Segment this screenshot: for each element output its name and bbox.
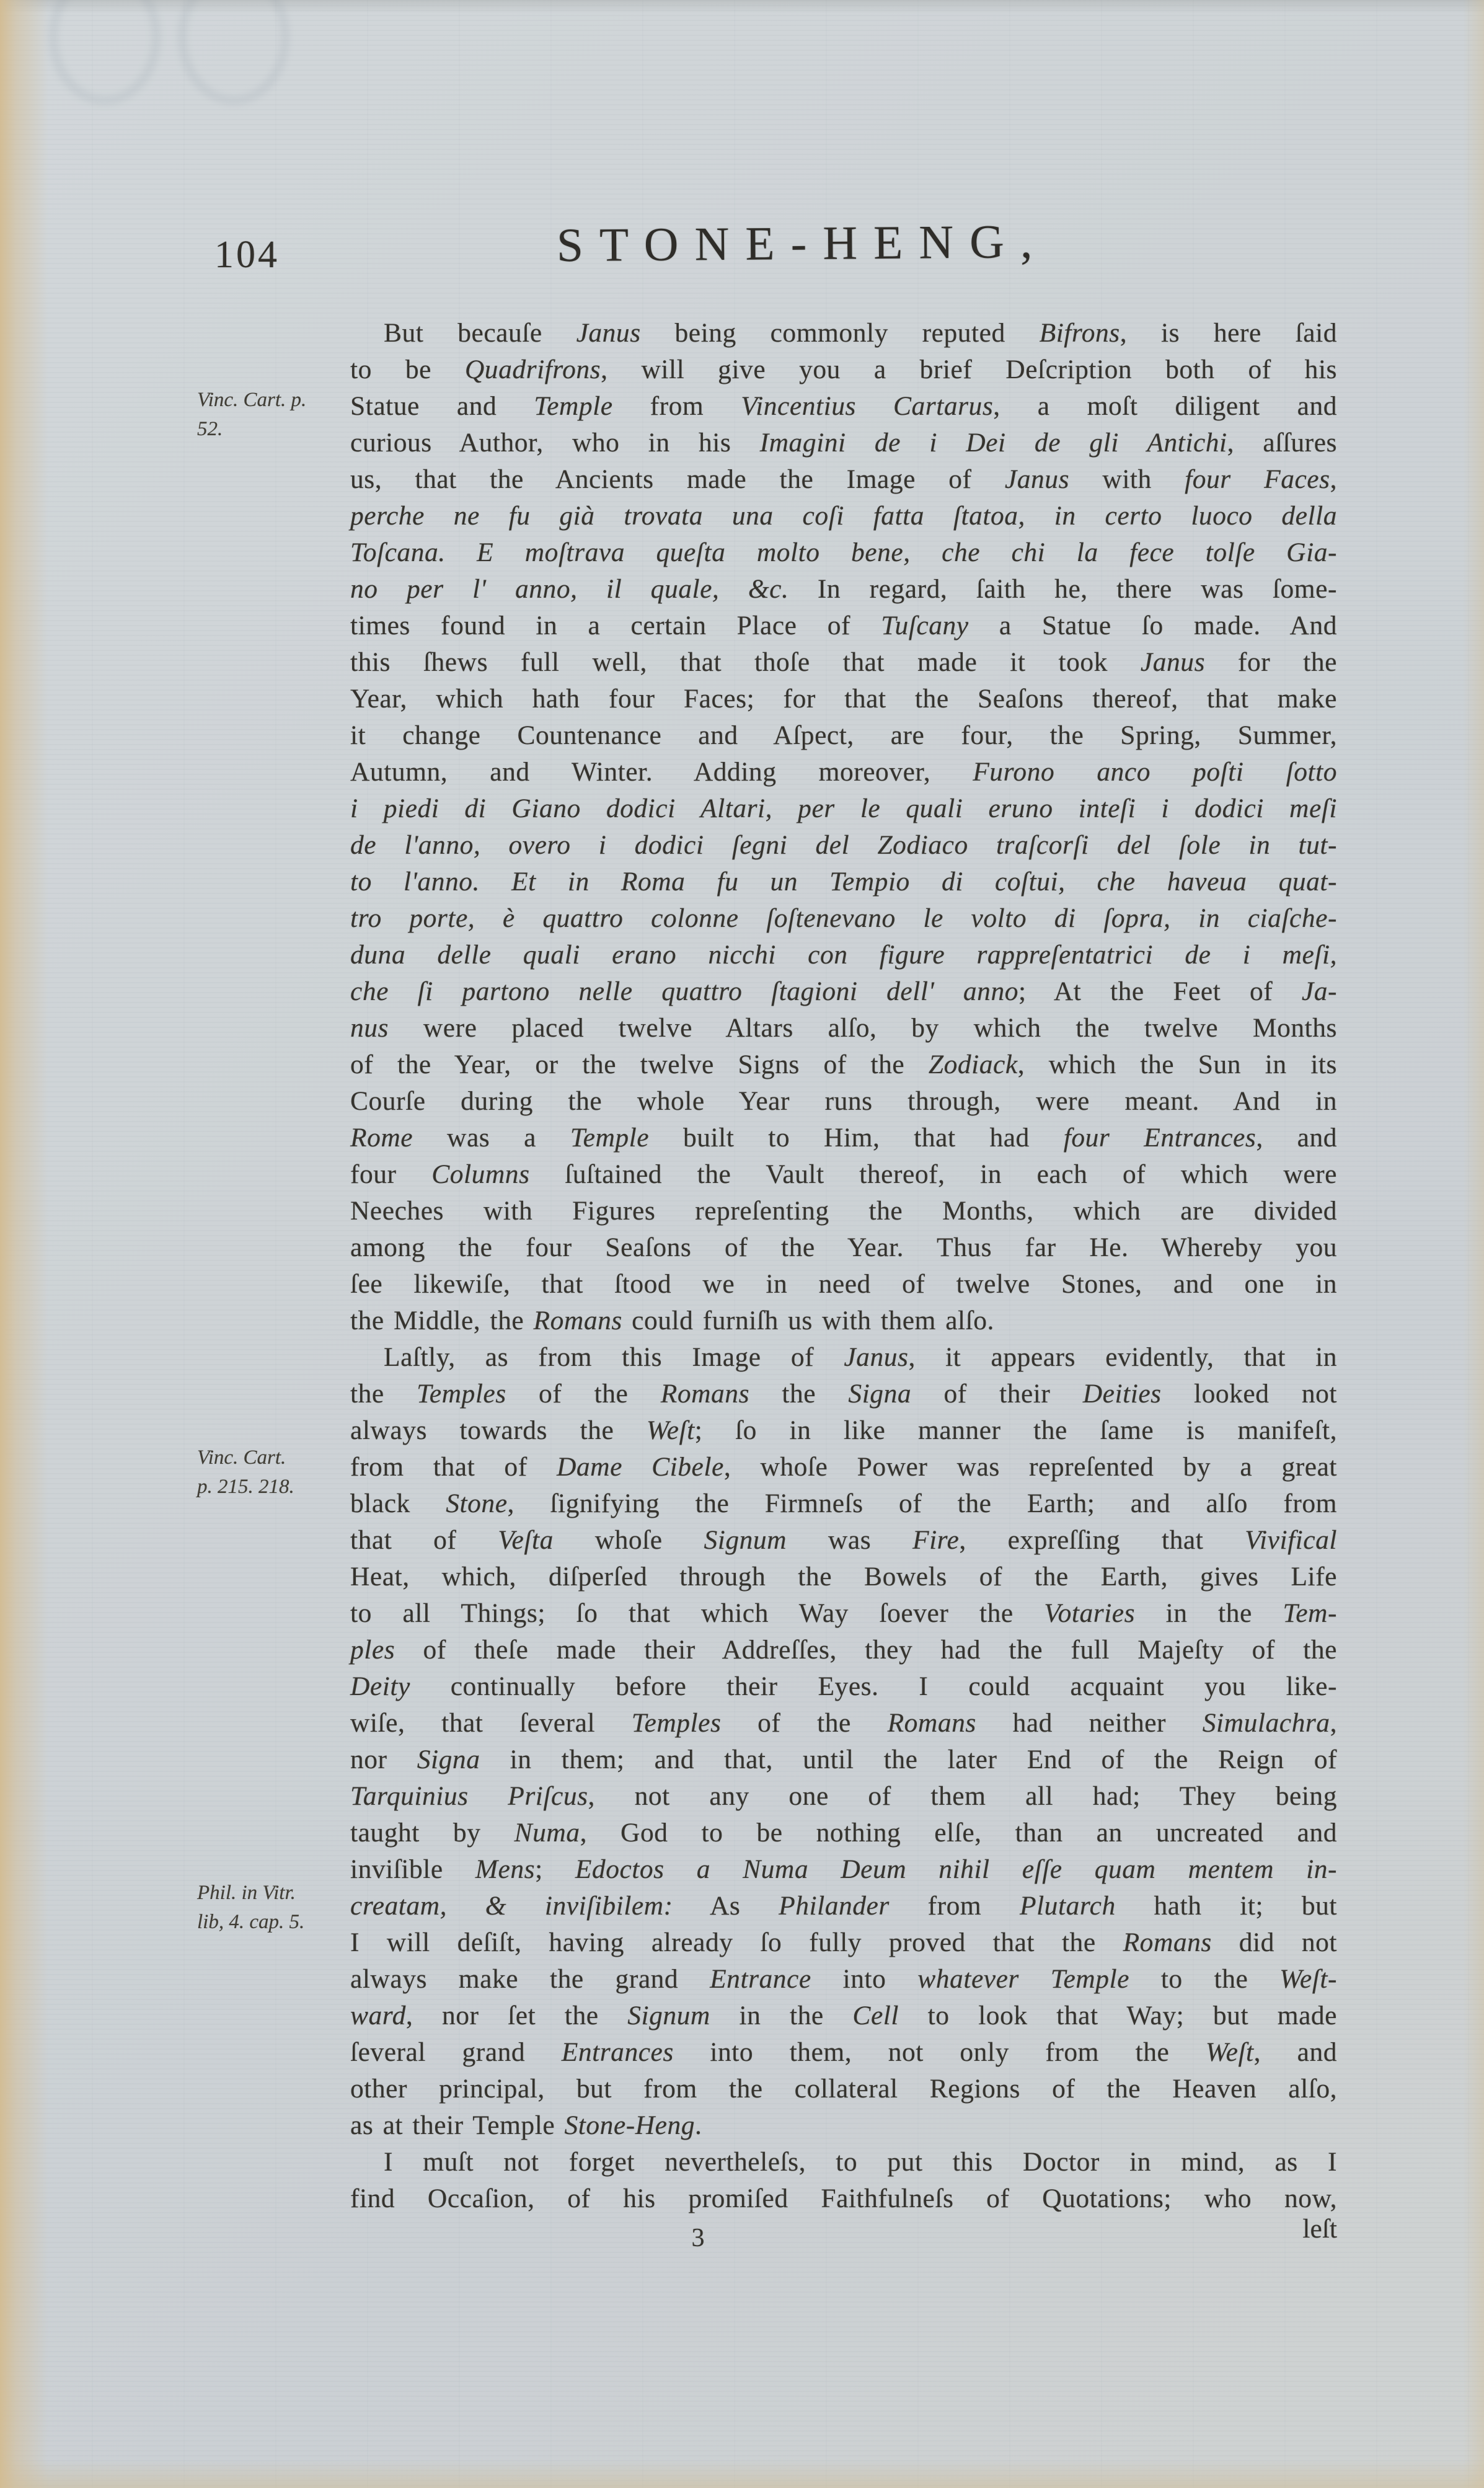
italic-text: Dame Cibele	[557, 1452, 724, 1482]
roman-text: Neeches with Figures repreſenting the Mo…	[350, 1196, 1337, 1226]
roman-text: in the	[710, 2001, 853, 2030]
roman-text: , is here ſaid	[1120, 318, 1337, 348]
roman-text: always make the grand	[350, 1964, 710, 1994]
italic-text: Deities	[1083, 1379, 1162, 1409]
roman-text: Heat, which, diſperſed through the Bowel…	[350, 1562, 1337, 1592]
roman-text: , aſſures	[1227, 428, 1337, 458]
roman-text: of the	[506, 1379, 661, 1409]
italic-text: Weſt	[1206, 2037, 1254, 2067]
roman-text: .	[695, 2110, 702, 2140]
roman-text: find Occaſion, of his promiſed Faithfuln…	[350, 2184, 1337, 2213]
roman-text: was	[787, 1525, 912, 1555]
running-title: STONE-HENG,	[557, 214, 1049, 273]
text-line: Rome was a Temple built to Him, that had…	[350, 1120, 1337, 1156]
roman-text: ,	[1330, 464, 1337, 494]
italic-text: Janus	[576, 318, 641, 348]
text-line: nus were placed twelve Altars alſo, by w…	[350, 1010, 1337, 1047]
roman-text: Laſtly, as from this Image of	[384, 1342, 844, 1372]
roman-text: other principal, but from the collateral…	[350, 2074, 1337, 2104]
roman-text: could furniſh us with them alſo.	[622, 1306, 994, 1335]
italic-text: Vivifical	[1245, 1525, 1337, 1555]
roman-text: hath it; but	[1116, 1891, 1337, 1921]
italic-text: Weſt	[647, 1415, 695, 1445]
roman-text: the	[749, 1379, 848, 1409]
roman-text: into them, not only from the	[674, 2037, 1206, 2067]
italic-text: Signa	[848, 1379, 911, 1409]
italic-text: Tuſcany	[881, 611, 968, 640]
text-line: Toſcana. E moſtrava queſta molto bene, c…	[350, 534, 1337, 571]
italic-text: Votaries	[1044, 1598, 1135, 1628]
roman-text: in the	[1135, 1598, 1283, 1628]
text-line: to all Things; ſo that which Way ſoever …	[350, 1595, 1337, 1632]
roman-text: , expreſſing that	[959, 1525, 1245, 1555]
italic-text: Janus	[1141, 647, 1205, 677]
body-text: But becauſe Janus being commonly reputed…	[350, 315, 1337, 2217]
italic-text: Imagini de i Dei de gli Antichi	[760, 428, 1227, 458]
italic-text: nus	[350, 1013, 389, 1043]
roman-text: looked not	[1162, 1379, 1337, 1409]
italic-text: Janus	[1005, 464, 1069, 494]
text-line: Heat, which, diſperſed through the Bowel…	[350, 1559, 1337, 1595]
text-line: it change Countenance and Aſpect, are fo…	[350, 717, 1337, 754]
roman-text: black	[350, 1489, 446, 1518]
roman-text: to be	[350, 355, 465, 384]
roman-text: were placed twelve Altars alſo, by which…	[389, 1013, 1337, 1043]
italic-text: Numa	[515, 1818, 580, 1848]
italic-text: Bifrons	[1040, 318, 1120, 348]
roman-text: from	[613, 391, 741, 421]
text-line: black Stone, ſignifying the Firmneſs of …	[350, 1485, 1337, 1522]
roman-text: it change Countenance and Aſpect, are fo…	[350, 720, 1337, 750]
italic-text: four Entrances	[1064, 1123, 1257, 1153]
roman-text: of the Year, or the twelve Signs of the	[350, 1050, 929, 1079]
italic-text: Romans	[888, 1708, 976, 1738]
text-line: always make the grand Entrance into what…	[350, 1961, 1337, 1998]
text-line: the Temples of the Romans the Signa of t…	[350, 1376, 1337, 1412]
text-line: from that of Dame Cibele, whoſe Power wa…	[350, 1449, 1337, 1485]
roman-text: as at their Temple	[350, 2110, 564, 2140]
roman-text: had neither	[976, 1708, 1203, 1738]
margin-note: Phil. in Vitr.lib, 4. cap. 5.	[197, 1879, 341, 1937]
roman-text: that of	[350, 1525, 498, 1555]
text-line: creatam, & inviſibilem: As Philander fro…	[350, 1888, 1337, 1924]
text-line: other principal, but from the collateral…	[350, 2071, 1337, 2107]
roman-text: always towards the	[350, 1415, 647, 1445]
roman-text: , whoſe Power was repreſented by a great	[724, 1452, 1337, 1482]
italic-text: Temples	[417, 1379, 506, 1409]
text-line: this ſhews full well, that thoſe that ma…	[350, 644, 1337, 681]
italic-text: Cell	[852, 2001, 899, 2030]
roman-text: , nor ſet the	[406, 2001, 627, 2030]
italic-text: four Faces	[1185, 464, 1330, 494]
text-line: But becauſe Janus being commonly reputed…	[350, 315, 1337, 352]
italic-text: tro porte, è quattro colonne ſoſtenevano…	[350, 903, 1337, 933]
roman-text: , will give you a brief Deſcription both…	[601, 355, 1337, 384]
roman-text: Year, which hath four Faces; for that th…	[350, 684, 1337, 714]
roman-text: , and	[1256, 1123, 1337, 1153]
italic-text: Philander	[779, 1891, 890, 1921]
roman-text: I muſt not forget nevertheleſs, to put t…	[384, 2147, 1337, 2177]
text-line: Autumn, and Winter. Adding moreover, Fur…	[350, 754, 1337, 790]
text-line: curious Author, who in his Imagini de i …	[350, 425, 1337, 461]
italic-text: Furono anco poſti ſotto	[973, 757, 1337, 787]
roman-text: us, that the Ancients made the Image of	[350, 464, 1005, 494]
roman-text: of their	[911, 1379, 1083, 1409]
italic-text: Tem-	[1283, 1598, 1338, 1628]
roman-text: In regard, ſaith he, there was ſome-	[788, 574, 1337, 604]
italic-text: Fire	[912, 1525, 959, 1555]
roman-text: did not	[1212, 1928, 1337, 1957]
text-line: I muſt not forget nevertheleſs, to put t…	[350, 2144, 1337, 2180]
text-line: to l'anno. Et in Roma fu un Tempio di co…	[350, 864, 1337, 900]
roman-text: a Statue ſo made. And	[969, 611, 1337, 640]
text-line: I will deſiſt, having already ſo fully p…	[350, 1924, 1337, 1961]
margin-note-line: p. 215. 218.	[197, 1472, 341, 1502]
italic-text: Deity	[350, 1671, 410, 1701]
roman-text: I will deſiſt, having already ſo fully p…	[350, 1928, 1123, 1957]
roman-text: ; At the Feet of	[1018, 976, 1302, 1006]
margin-note-line: lib, 4. cap. 5.	[197, 1908, 341, 1937]
text-line: us, that the Ancients made the Image of …	[350, 461, 1337, 498]
italic-text: whatever Temple	[917, 1964, 1129, 1994]
text-line: Tarquinius Priſcus, not any one of them …	[350, 1778, 1337, 1815]
roman-text: taught by	[350, 1818, 515, 1848]
roman-text: ,	[1330, 1708, 1337, 1738]
roman-text: whoſe	[554, 1525, 704, 1555]
italic-text: Rome	[350, 1123, 413, 1153]
italic-text: Entrances	[562, 2037, 674, 2067]
roman-text: Autumn, and Winter. Adding moreover,	[350, 757, 973, 787]
italic-text: Zodiack	[929, 1050, 1018, 1079]
margin-note-line: Phil. in Vitr.	[197, 1879, 341, 1908]
text-line: among the four Seaſons of the Year. Thus…	[350, 1229, 1337, 1266]
roman-text: being commonly reputed	[641, 318, 1040, 348]
roman-text: , not any one of them all had; They bein…	[588, 1781, 1337, 1811]
roman-text: in them; and that, until the later End o…	[480, 1745, 1337, 1774]
roman-text: ſeveral grand	[350, 2037, 562, 2067]
roman-text: of theſe made their Addreſſes, they had …	[395, 1635, 1337, 1665]
text-line: to be Quadrifrons, will give you a brief…	[350, 352, 1337, 388]
italic-text: Romans	[661, 1379, 749, 1409]
roman-text: ;	[535, 1854, 575, 1884]
text-line: ples of theſe made their Addreſſes, they…	[350, 1632, 1337, 1668]
italic-text: duna delle quali erano nicchi con figure…	[350, 940, 1337, 970]
italic-text: Romans	[1123, 1928, 1212, 1957]
roman-text: four	[350, 1159, 431, 1189]
margin-note: Vinc. Cart.p. 215. 218.	[197, 1443, 341, 1502]
text-line: duna delle quali erano nicchi con figure…	[350, 937, 1337, 973]
margin-note-line: Vinc. Cart.	[197, 1443, 341, 1472]
text-line: ſeveral grand Entrances into them, not o…	[350, 2034, 1337, 2071]
roman-text: Statue and	[350, 391, 534, 421]
roman-text: to look that Way; but made	[899, 2001, 1337, 2030]
roman-text: with	[1069, 464, 1185, 494]
text-line: as at their Temple Stone-Heng.	[350, 2107, 1337, 2144]
roman-text: into	[811, 1964, 918, 1994]
roman-text: continually before their Eyes. I could a…	[410, 1671, 1337, 1701]
roman-text: from that of	[350, 1452, 557, 1482]
italic-text: ples	[350, 1635, 395, 1665]
roman-text: the	[350, 1379, 417, 1409]
italic-text: Tarquinius Priſcus	[350, 1781, 588, 1811]
italic-text: Signa	[417, 1745, 480, 1774]
text-line: always towards the Weſt; ſo in like mann…	[350, 1412, 1337, 1449]
roman-text: ſee likewiſe, that ſtood we in need of t…	[350, 1269, 1337, 1299]
showthrough-ghost	[48, 0, 340, 98]
roman-text: , ſignifying the Firmneſs of the Earth; …	[508, 1489, 1337, 1518]
roman-text: , it appears evidently, that in	[908, 1342, 1337, 1372]
italic-text: Temple	[570, 1123, 649, 1153]
text-line: that of Veſta whoſe Signum was Fire, exp…	[350, 1522, 1337, 1559]
text-line: che ſi partono nelle quattro ſtagioni de…	[350, 973, 1337, 1010]
text-line: Courſe during the whole Year runs throug…	[350, 1083, 1337, 1120]
italic-text: Romans	[534, 1306, 622, 1335]
text-line: wiſe, that ſeveral Temples of the Romans…	[350, 1705, 1337, 1742]
italic-text: Signum	[627, 2001, 710, 2030]
text-line: find Occaſion, of his promiſed Faithfuln…	[350, 2180, 1337, 2217]
roman-text: among the four Seaſons of the Year. Thus…	[350, 1233, 1337, 1262]
italic-text: Veſta	[498, 1525, 554, 1555]
roman-text: inviſible	[350, 1854, 475, 1884]
italic-text: to l'anno. Et in Roma fu un Tempio di co…	[350, 867, 1337, 896]
text-line: of the Year, or the twelve Signs of the …	[350, 1047, 1337, 1083]
catchword: leſt	[350, 2213, 1337, 2244]
roman-text: built to Him, that had	[649, 1123, 1064, 1153]
paragraph: I muſt not forget nevertheleſs, to put t…	[350, 2144, 1337, 2217]
italic-text: Signum	[704, 1525, 787, 1555]
italic-text: no per l' anno, il quale, &c.	[350, 574, 788, 604]
roman-text: the Middle, the	[350, 1306, 534, 1335]
roman-text: Courſe during the whole Year runs throug…	[350, 1086, 1337, 1116]
italic-text: Weſt-	[1279, 1964, 1337, 1994]
text-line: Laſtly, as from this Image of Janus, it …	[350, 1339, 1337, 1376]
text-line: tro porte, è quattro colonne ſoſtenevano…	[350, 900, 1337, 937]
roman-text: to all Things; ſo that which Way ſoever …	[350, 1598, 1044, 1628]
text-line: taught by Numa, God to be nothing elſe, …	[350, 1815, 1337, 1851]
italic-text: perche ne fu già trovata una coſi fatta …	[350, 501, 1337, 531]
roman-text: curious Author, who in his	[350, 428, 760, 458]
text-line: inviſible Mens; Edoctos a Numa Deum nihi…	[350, 1851, 1337, 1888]
roman-text: this ſhews full well, that thoſe that ma…	[350, 647, 1141, 677]
italic-text: i piedi di Giano dodici Altari, per le q…	[350, 794, 1337, 823]
text-line: Neeches with Figures repreſenting the Mo…	[350, 1193, 1337, 1229]
italic-text: creatam, & inviſibilem:	[350, 1891, 673, 1921]
roman-text: nor	[350, 1745, 417, 1774]
text-line: de l'anno, overo i dodici ſegni del Zodi…	[350, 827, 1337, 864]
roman-text: ſuſtained the Vault thereof, in each of …	[530, 1159, 1337, 1189]
italic-text: Toſcana. E moſtrava queſta molto bene, c…	[350, 538, 1337, 567]
italic-text: Entrance	[710, 1964, 811, 1994]
roman-text: of the	[721, 1708, 887, 1738]
margin-note-line: 52.	[197, 415, 341, 444]
roman-text: to the	[1129, 1964, 1279, 1994]
roman-text: ; ſo in like manner the ſame is manifeſt…	[695, 1415, 1337, 1445]
page-number: 104	[214, 233, 280, 277]
text-line: ſee likewiſe, that ſtood we in need of t…	[350, 1266, 1337, 1303]
roman-text: , and	[1254, 2037, 1337, 2067]
paragraph: But becauſe Janus being commonly reputed…	[350, 315, 1337, 1339]
book-page: 104 STONE-HENG, Vinc. Cart. p.52. Vinc. …	[0, 0, 1484, 2488]
italic-text: Columns	[431, 1159, 529, 1189]
italic-text: Vincentius Cartarus	[741, 391, 993, 421]
text-line: the Middle, the Romans could furniſh us …	[350, 1303, 1337, 1339]
italic-text: Quadrifrons	[465, 355, 601, 384]
roman-text: But becauſe	[384, 318, 576, 348]
paragraph: Laſtly, as from this Image of Janus, it …	[350, 1339, 1337, 2144]
roman-text: , a moſt diligent and	[993, 391, 1337, 421]
italic-text: Temple	[534, 391, 612, 421]
text-line: Deity continually before their Eyes. I c…	[350, 1668, 1337, 1705]
text-line: four Columns ſuſtained the Vault thereof…	[350, 1156, 1337, 1193]
text-line: Statue and Temple from Vincentius Cartar…	[350, 388, 1337, 425]
italic-text: Simulachra	[1203, 1708, 1330, 1738]
italic-text: Plutarch	[1020, 1891, 1116, 1921]
italic-text: ward	[350, 2001, 406, 2030]
italic-text: Temples	[632, 1708, 722, 1738]
text-line: perche ne fu già trovata una coſi fatta …	[350, 498, 1337, 534]
italic-text: de l'anno, overo i dodici ſegni del Zodi…	[350, 830, 1337, 860]
text-line: times found in a certain Place of Tuſcan…	[350, 608, 1337, 644]
italic-text: che ſi partono nelle quattro ſtagioni de…	[350, 976, 1018, 1006]
text-line: Year, which hath four Faces; for that th…	[350, 681, 1337, 717]
italic-text: Edoctos a Numa Deum nihil eſſe quam ment…	[575, 1854, 1337, 1884]
roman-text: wiſe, that ſeveral	[350, 1708, 632, 1738]
roman-text: As	[673, 1891, 779, 1921]
italic-text: Stone-Heng	[564, 2110, 695, 2140]
roman-text: , God to be nothing elſe, than an uncrea…	[580, 1818, 1337, 1848]
text-line: i piedi di Giano dodici Altari, per le q…	[350, 790, 1337, 827]
text-line: ward, nor ſet the Signum in the Cell to …	[350, 1998, 1337, 2034]
roman-text: was a	[413, 1123, 570, 1153]
italic-text: Stone	[446, 1489, 507, 1518]
margin-note-line: Vinc. Cart. p.	[197, 386, 341, 415]
roman-text: times found in a certain Place of	[350, 611, 881, 640]
text-line: no per l' anno, il quale, &c. In regard,…	[350, 571, 1337, 608]
margin-note: Vinc. Cart. p.52.	[197, 386, 341, 444]
roman-text: for the	[1205, 647, 1337, 677]
roman-text: , which the Sun in its	[1018, 1050, 1337, 1079]
italic-text: Janus	[844, 1342, 908, 1372]
italic-text: Mens	[475, 1854, 535, 1884]
roman-text: from	[890, 1891, 1020, 1921]
text-line: nor Signa in them; and that, until the l…	[350, 1742, 1337, 1778]
italic-text: Ja-	[1302, 976, 1337, 1006]
